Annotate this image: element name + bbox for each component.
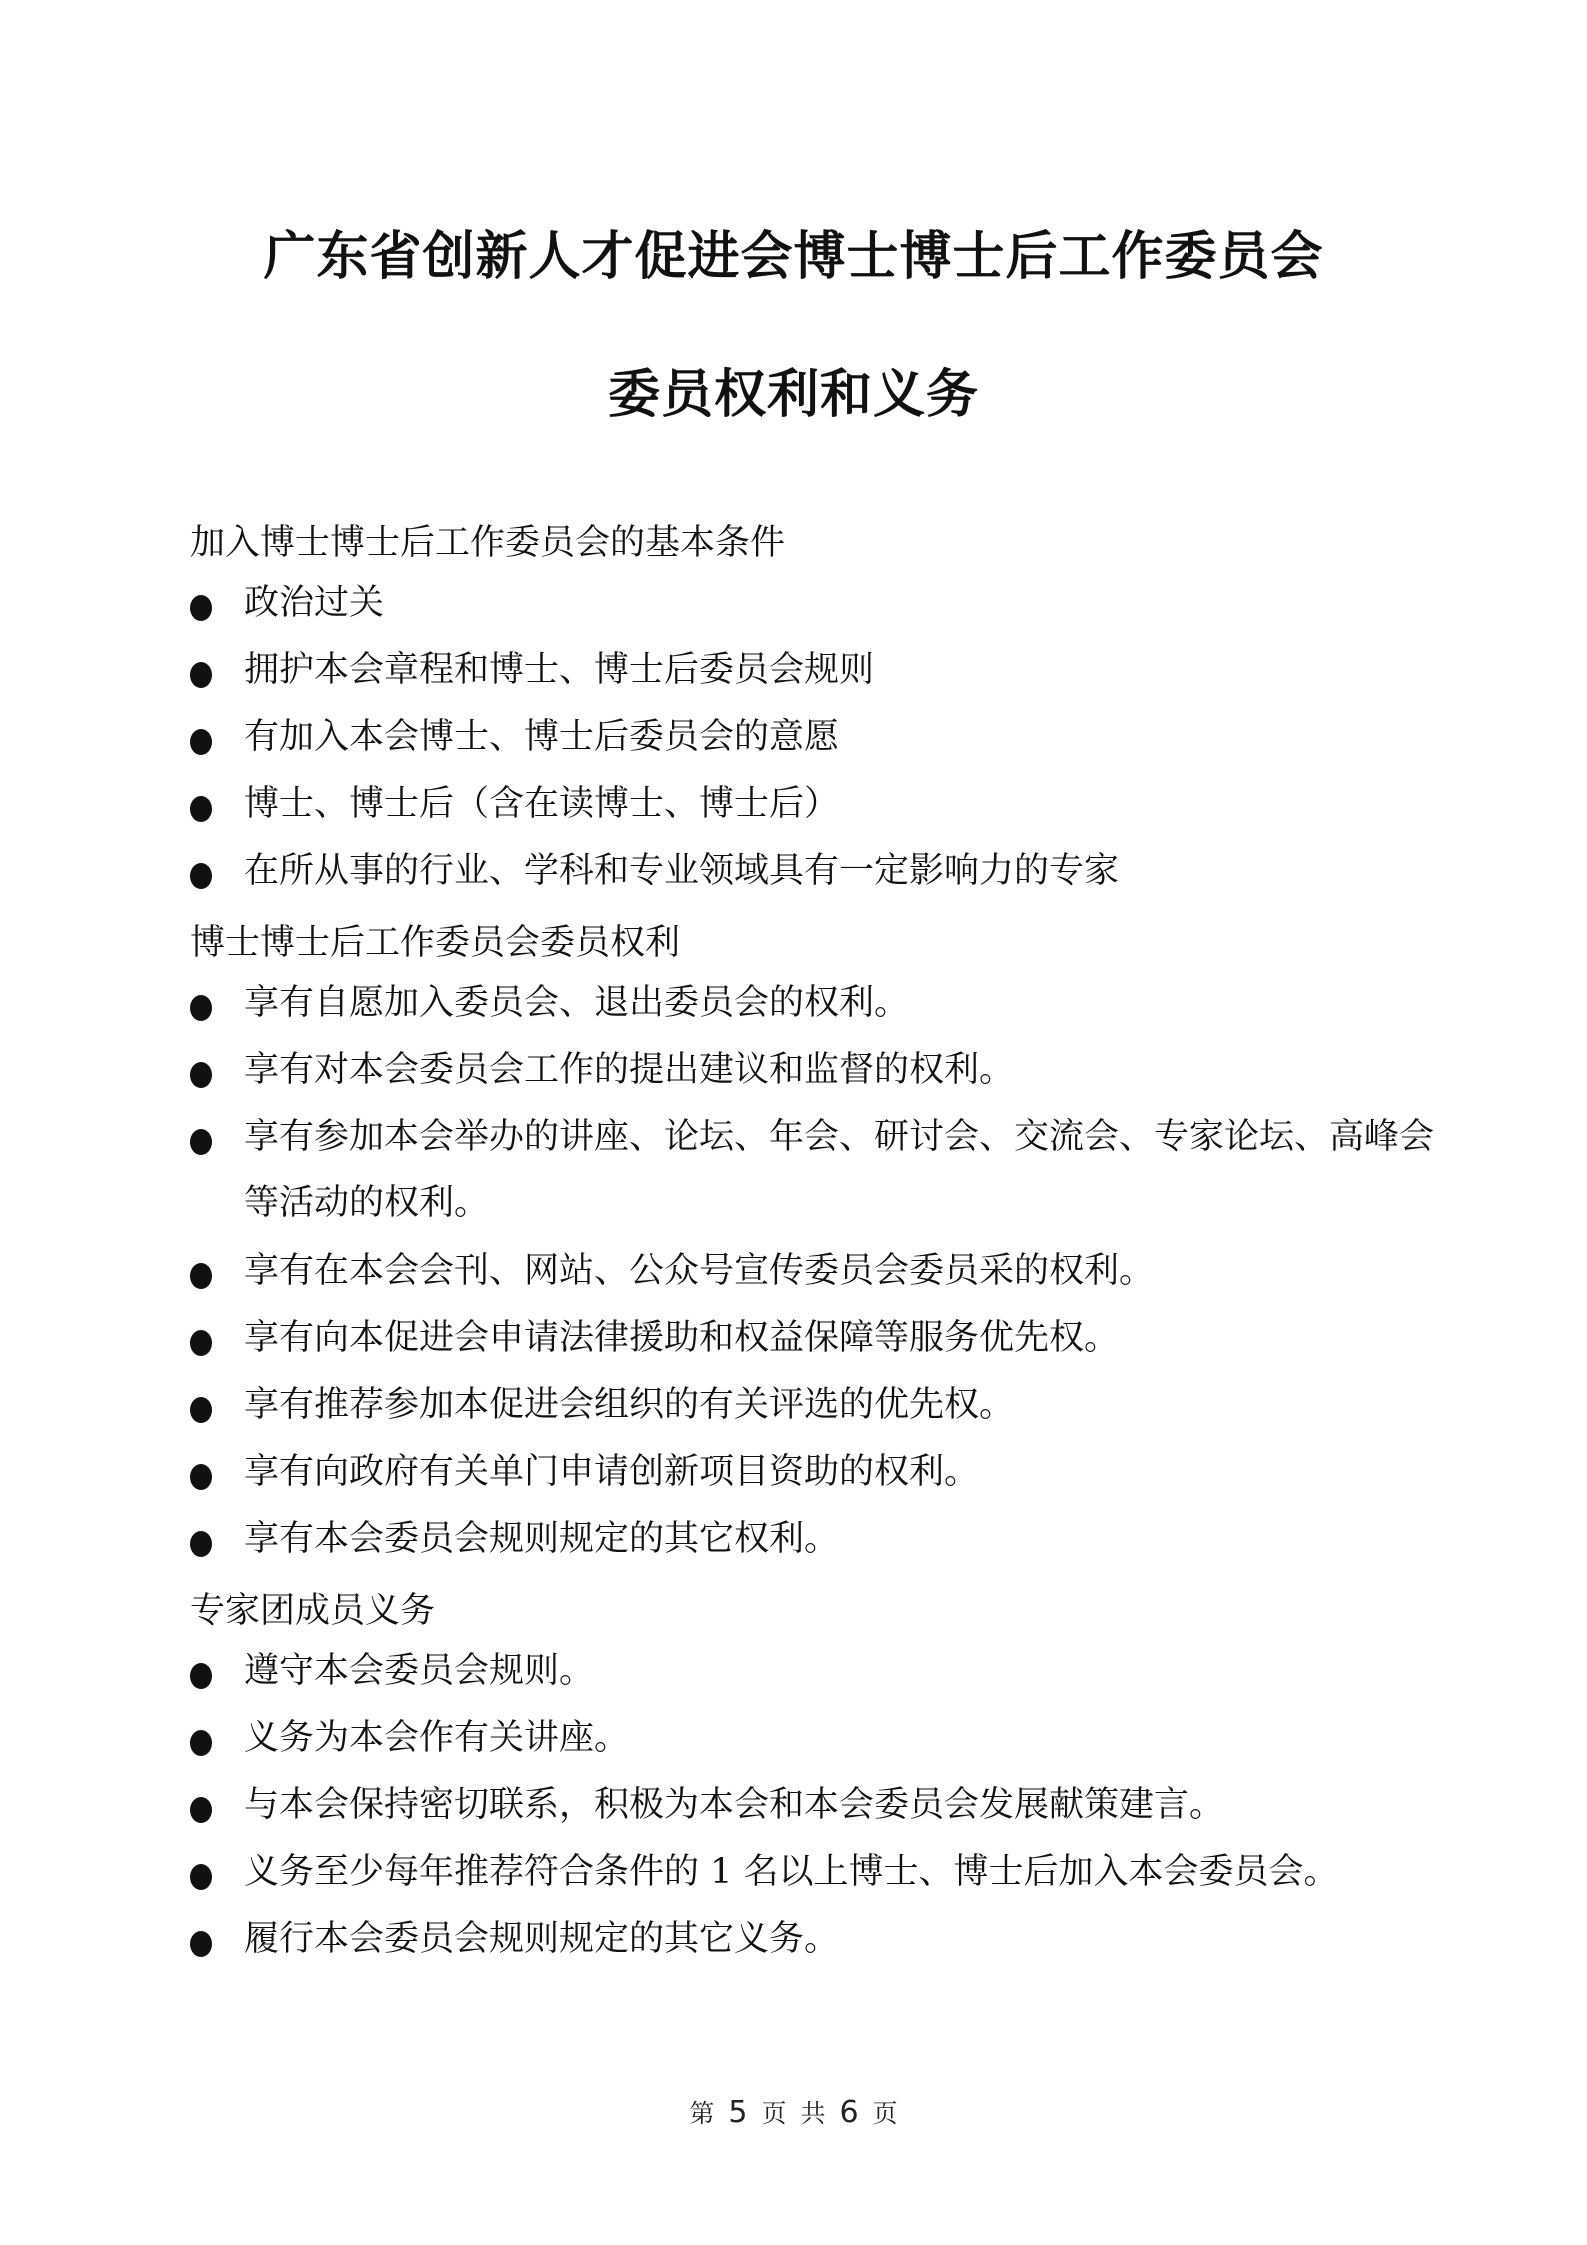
list-item: 享有向政府有关单门申请创新项目资助的权利。 [190, 1451, 979, 1505]
bullet-icon [190, 1663, 212, 1689]
list-item: 享有自愿加入委员会、退出委员会的权利。 [190, 982, 909, 1036]
bullet-icon [190, 1730, 212, 1756]
bullet-icon [190, 796, 212, 822]
bullet-icon [190, 1464, 212, 1490]
bullet-icon [190, 729, 212, 755]
bullet-icon [190, 1263, 212, 1289]
list-item: 在所从事的行业、学科和专业领域具有一定影响力的专家 [190, 850, 1119, 904]
bullet-icon [190, 1864, 212, 1890]
section-heading-conditions: 加入博士博士后工作委员会的基本条件 [190, 515, 785, 565]
list-item: 履行本会委员会规则规定的其它义务。 [190, 1918, 839, 1972]
list-item: 与本会保持密切联系，积极为本会和本会委员会发展献策建言。 [190, 1784, 1224, 1838]
document-subtitle: 委员权利和义务 [0, 352, 1587, 427]
section-heading-rights: 博士博士后工作委员会委员权利 [190, 915, 680, 965]
list-item: 博士、博士后（含在读博士、博士后） [190, 783, 839, 837]
list-item: 享有向本促进会申请法律援助和权益保障等服务优先权。 [190, 1317, 1119, 1371]
list-item: 遵守本会委员会规则。 [190, 1650, 594, 1704]
list-item: 政治过关 [190, 582, 384, 636]
bullet-icon [190, 1129, 212, 1155]
list-item: 有加入本会博士、博士后委员会的意愿 [190, 716, 839, 770]
bullet-icon [190, 995, 212, 1021]
bullet-icon [190, 1330, 212, 1356]
bullet-icon [190, 1931, 212, 1957]
bullet-icon [190, 1797, 212, 1823]
list-item: 享有在本会会刊、网站、公众号宣传委员会委员采的权利。 [190, 1250, 1154, 1304]
list-item: 享有参加本会举办的讲座、论坛、年会、研讨会、交流会、专家论坛、高峰会等活动的权利… [190, 1116, 1444, 1236]
list-item: 享有本会委员会规则规定的其它权利。 [190, 1518, 839, 1572]
bullet-icon [190, 863, 212, 889]
page-footer: 第5页共6页 [0, 2094, 1587, 2130]
current-page-number: 5 [728, 2095, 747, 2130]
list-item: 义务为本会作有关讲座。 [190, 1717, 629, 1771]
total-pages-number: 6 [840, 2095, 859, 2130]
document-title: 广东省创新人才促进会博士博士后工作委员会 [0, 214, 1587, 289]
bullet-icon [190, 662, 212, 688]
list-item: 拥护本会章程和博士、博士后委员会规则 [190, 649, 874, 703]
list-item: 义务至少每年推荐符合条件的 1 名以上博士、博士后加入本会委员会。 [190, 1851, 1339, 1905]
bullet-icon [190, 1531, 212, 1557]
list-item: 享有对本会委员会工作的提出建议和监督的权利。 [190, 1049, 1014, 1103]
list-item: 享有推荐参加本促进会组织的有关评选的优先权。 [190, 1384, 1014, 1438]
bullet-icon [190, 1062, 212, 1088]
section-heading-obligations: 专家团成员义务 [190, 1583, 435, 1633]
bullet-icon [190, 595, 212, 621]
bullet-icon [190, 1397, 212, 1423]
